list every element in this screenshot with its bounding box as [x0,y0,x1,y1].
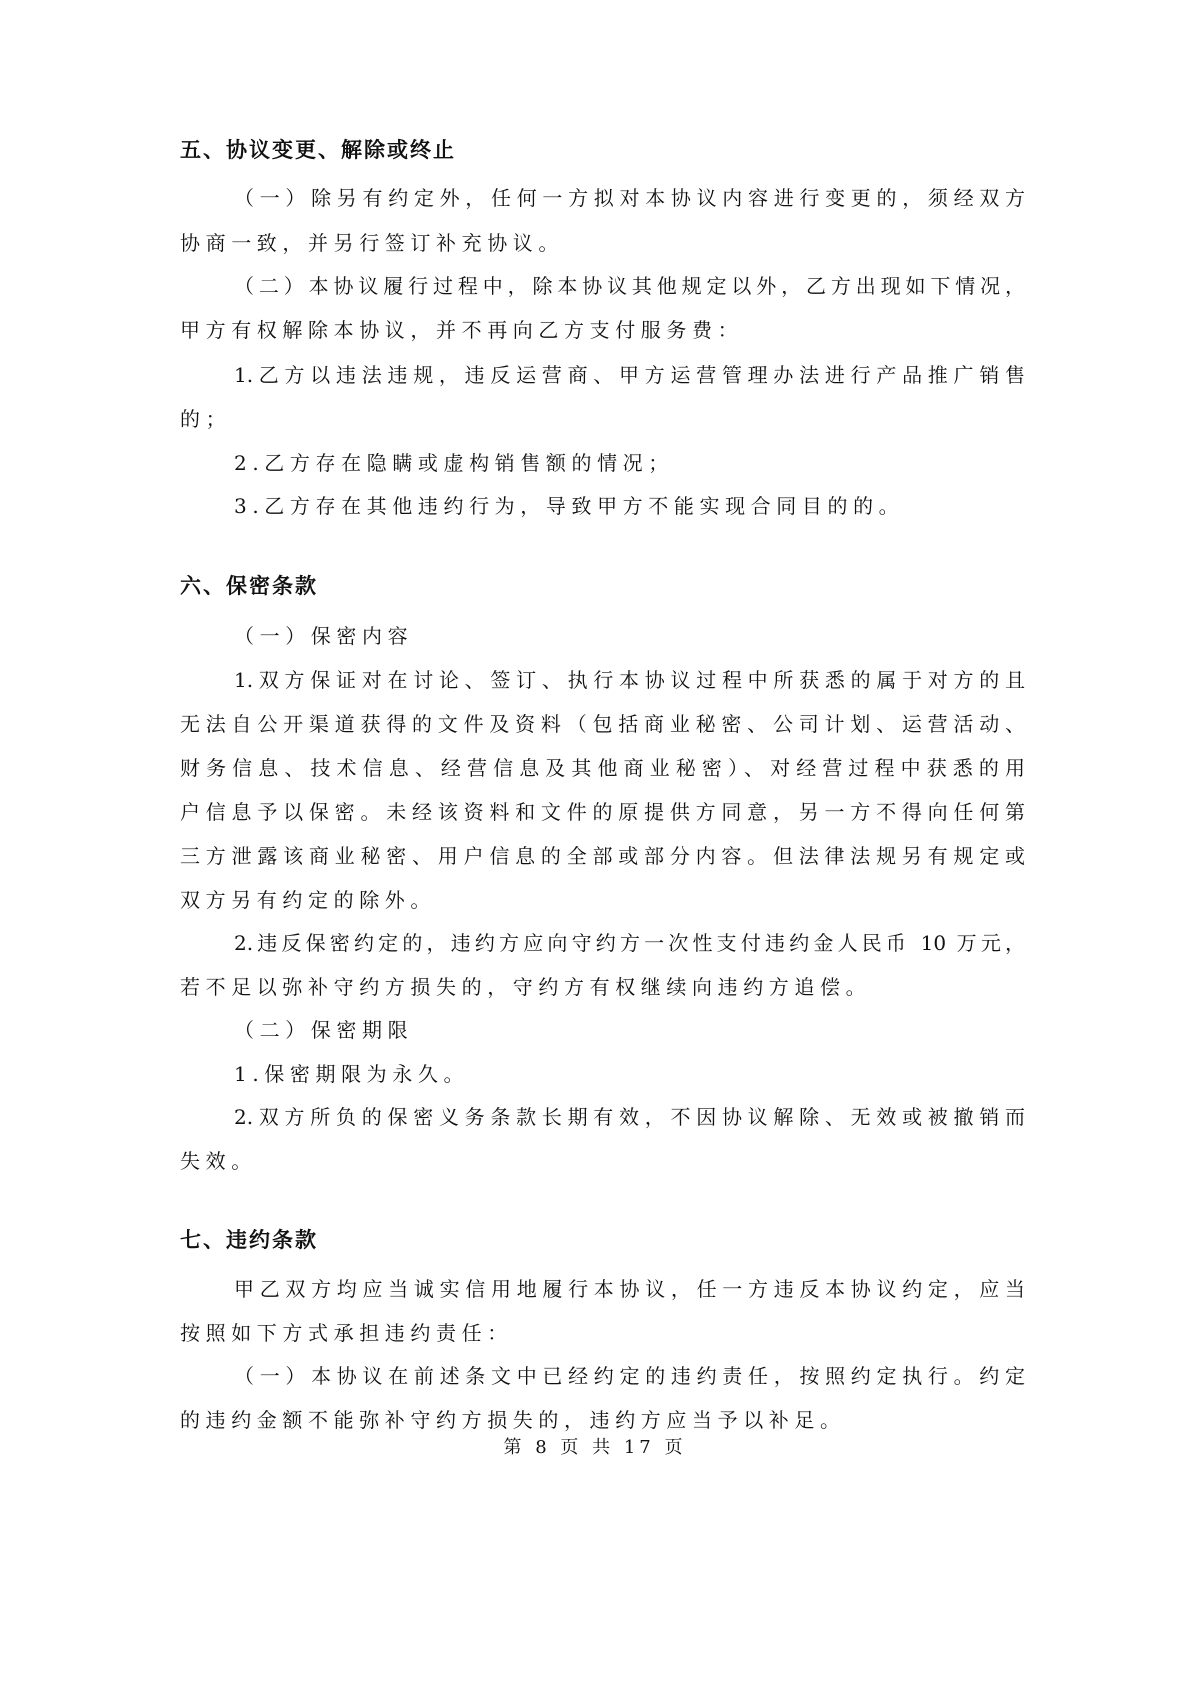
paragraph-line: 无法自公开渠道获得的文件及资料（包括商业秘密、公司计划、运营活动、 [180,710,1025,738]
list-item: 2.双方所负的保密义务条款长期有效，不因协议解除、无效或被撤销而 [234,1103,1025,1131]
list-item: 1.乙方以违法违规，违反运营商、甲方运营管理办法进行产品推广销售 [234,361,1025,389]
paragraph-line: 甲方有权解除本协议，并不再向乙方支付服务费： [180,316,743,344]
paragraph-line: （二）本协议履行过程中，除本协议其他规定以外，乙方出现如下情况， [234,272,1025,300]
document-page: 五、协议变更、解除或终止 （一）除另有约定外，任何一方拟对本协议内容进行变更的，… [0,0,1190,1682]
section-heading-5: 五、协议变更、解除或终止 [180,136,456,164]
paragraph-line: 按照如下方式承担违约责任： [180,1319,513,1347]
paragraph-line: 1.双方保证对在讨论、签订、执行本协议过程中所获悉的属于对方的且 [234,666,1025,694]
page-number-footer: 第 8 页 共 17 页 [0,1436,1190,1460]
paragraph-line: 若不足以弥补守约方损失的，守约方有权继续向违约方追偿。 [180,973,871,1001]
paragraph-line: 2.违反保密约定的，违约方应向守约方一次性支付违约金人民币 10 万元， [234,929,1025,957]
paragraph-line: （一）除另有约定外，任何一方拟对本协议内容进行变更的，须经双方 [234,184,1025,212]
section-heading-6: 六、保密条款 [180,572,318,600]
paragraph-line: 甲乙双方均应当诚实信用地履行本协议，任一方违反本协议约定，应当 [234,1275,1025,1303]
list-item-continuation: 的； [180,405,231,433]
list-item: 1.保密期限为永久。 [234,1060,469,1088]
subsection-heading: （二）保密期限 [234,1016,413,1044]
subsection-heading: （一）保密内容 [234,622,413,650]
paragraph-line: （一）本协议在前述条文中已经约定的违约责任，按照约定执行。约定 [234,1362,1025,1390]
paragraph-line: 财务信息、技术信息、经营信息及其他商业秘密）、对经营过程中获悉的用 [180,754,1025,782]
paragraph-line: 的违约金额不能弥补守约方损失的，违约方应当予以补足。 [180,1406,846,1434]
section-heading-7: 七、违约条款 [180,1226,318,1254]
list-item: 2.乙方存在隐瞒或虚构销售额的情况； [234,449,674,477]
paragraph-line: 协商一致，并另行签订补充协议。 [180,229,564,257]
list-item-continuation: 失效。 [180,1147,257,1175]
paragraph-line: 户信息予以保密。未经该资料和文件的原提供方同意，另一方不得向任何第 [180,798,1025,826]
list-item: 3.乙方存在其他违约行为，导致甲方不能实现合同目的的。 [234,492,904,520]
paragraph-line: 双方另有约定的除外。 [180,886,436,914]
paragraph-line: 三方泄露该商业秘密、用户信息的全部或部分内容。但法律法规另有规定或 [180,842,1025,870]
